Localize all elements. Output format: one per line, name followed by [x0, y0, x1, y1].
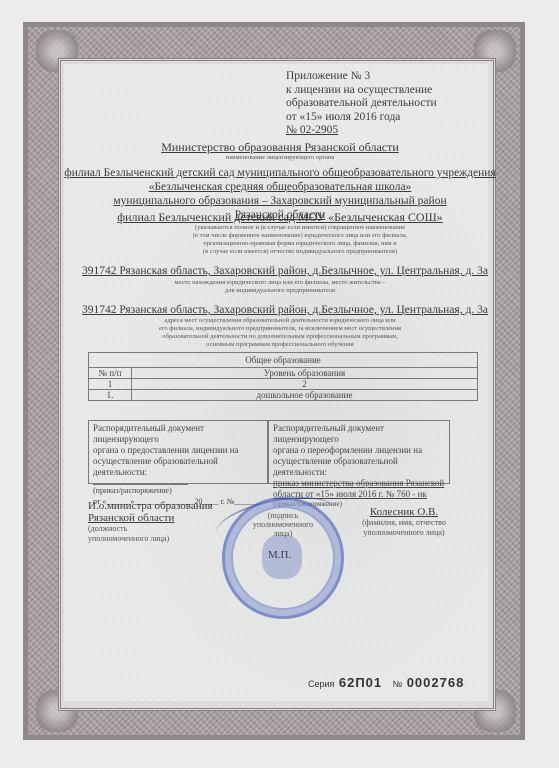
table-title-row: Общее образование	[89, 353, 478, 368]
name-caption: (фамилия, имя, отчество	[348, 518, 460, 528]
blank-line	[93, 478, 188, 485]
table-title: Общее образование	[89, 353, 478, 368]
organization-caption: (указываются полное и (в случае если име…	[90, 224, 510, 256]
caption-line: (подпись	[243, 511, 323, 520]
caption-line: (в том числе фирменное наименование) юри…	[90, 232, 510, 240]
caption-line: образовательной деятельности по дополнит…	[70, 333, 490, 341]
position-caption: уполномоченного лица)	[88, 534, 213, 544]
appendix-number: Приложение № 3	[286, 70, 437, 84]
caption-line: основным программам профессионального об…	[70, 341, 490, 349]
organization-line: филиал Безлыченский детский сад муниципа…	[40, 166, 520, 180]
caption-line: его филиала, индивидуального предпринима…	[70, 325, 490, 333]
box-line: органа о предоставлении лицензии на	[93, 445, 263, 456]
table-row: 1. дошкольное образование	[89, 390, 478, 401]
signature-caption: (подпись уполномоченного лица)	[243, 511, 323, 538]
series-label: Серия	[308, 679, 334, 689]
signatory-name-block: Колесник О.В. (фамилия, имя, отчество уп…	[348, 506, 460, 538]
column-header-level: Уровень образования	[132, 368, 478, 379]
box-line: осуществление образовательной деятельнос…	[273, 456, 445, 478]
number-label: №	[393, 679, 403, 689]
table-cell: дошкольное образование	[132, 390, 478, 401]
license-number: № 02-2905	[286, 124, 437, 138]
organization-line: муниципального образования – Захаровский…	[40, 194, 520, 208]
name-caption: уполномоченного лица)	[348, 528, 460, 538]
table-header-row: № п/п Уровень образования	[89, 368, 478, 379]
table-index-row: 1 2	[89, 379, 478, 390]
number-value: 0002768	[407, 675, 465, 690]
organization-short-name: филиал Безлыченский детский сад МОУ «Без…	[60, 210, 500, 224]
signatory-position: И.о.министра образования Рязанской облас…	[88, 500, 213, 544]
position-line: Рязанской области	[88, 512, 213, 524]
series-value: 62П01	[339, 675, 382, 690]
appendix-line: к лицензии на осуществление	[286, 84, 437, 98]
caption-line: (в случае если имеется) отчество индивид…	[90, 248, 510, 256]
activity-address-caption: адреса мест осуществления образовательно…	[70, 317, 490, 349]
box-line: органа о переоформлении лицензии на	[273, 445, 445, 456]
appendix-line: образовательной деятельности	[286, 97, 437, 111]
signatory-name: Колесник О.В.	[348, 506, 460, 518]
table-cell: 1.	[89, 390, 132, 401]
order-reference: приказ министерства образования Рязанско…	[273, 478, 445, 489]
appendix-date: от «15» июля 2016 года	[286, 111, 437, 125]
box-line: осуществление образовательной деятельнос…	[93, 456, 263, 478]
box-line: Распорядительный документ лицензирующего	[273, 423, 445, 445]
box-caption: (приказ/распоряжение)	[93, 485, 263, 496]
caption-line: место нахождения юридического лица или е…	[70, 279, 490, 287]
caption-line: для индивидуального предпринимателя	[70, 287, 490, 295]
reissue-order-box: Распорядительный документ лицензирующего…	[268, 420, 450, 484]
position-caption: (должность	[88, 524, 213, 534]
licensing-authority: Министерство образования Рязанской облас…	[60, 140, 500, 154]
education-levels-table: Общее образование № п/п Уровень образова…	[88, 352, 478, 401]
table-cell: 1	[89, 379, 132, 390]
activity-address: 391742 Рязанская область, Захаровский ра…	[70, 303, 500, 317]
legal-address-caption: место нахождения юридического лица или е…	[70, 279, 490, 295]
caption-line: уполномоченного лица)	[243, 520, 323, 538]
organization-line: «Безлыченская средняя общеобразовательна…	[40, 180, 520, 194]
column-header-number: № п/п	[89, 368, 132, 379]
appendix-header: Приложение № 3 к лицензии на осуществлен…	[286, 70, 437, 138]
form-series-number: Серия 62П01 № 0002768	[308, 674, 464, 692]
legal-address: 391742 Рязанская область, Захаровский ра…	[70, 264, 500, 278]
box-line: Распорядительный документ лицензирующего	[93, 423, 263, 445]
caption-line: (указываются полное и (в случае если име…	[90, 224, 510, 232]
caption-line: адреса мест осуществления образовательно…	[70, 317, 490, 325]
table-cell: 2	[132, 379, 478, 390]
authority-caption: наименование лицензирующего органа	[60, 154, 500, 162]
caption-line: организационно-правовая форма юридическо…	[90, 240, 510, 248]
grant-order-box: Распорядительный документ лицензирующего…	[88, 420, 268, 484]
position-line: И.о.министра образования	[88, 500, 213, 512]
stamp-place-label: М.П.	[268, 549, 291, 561]
